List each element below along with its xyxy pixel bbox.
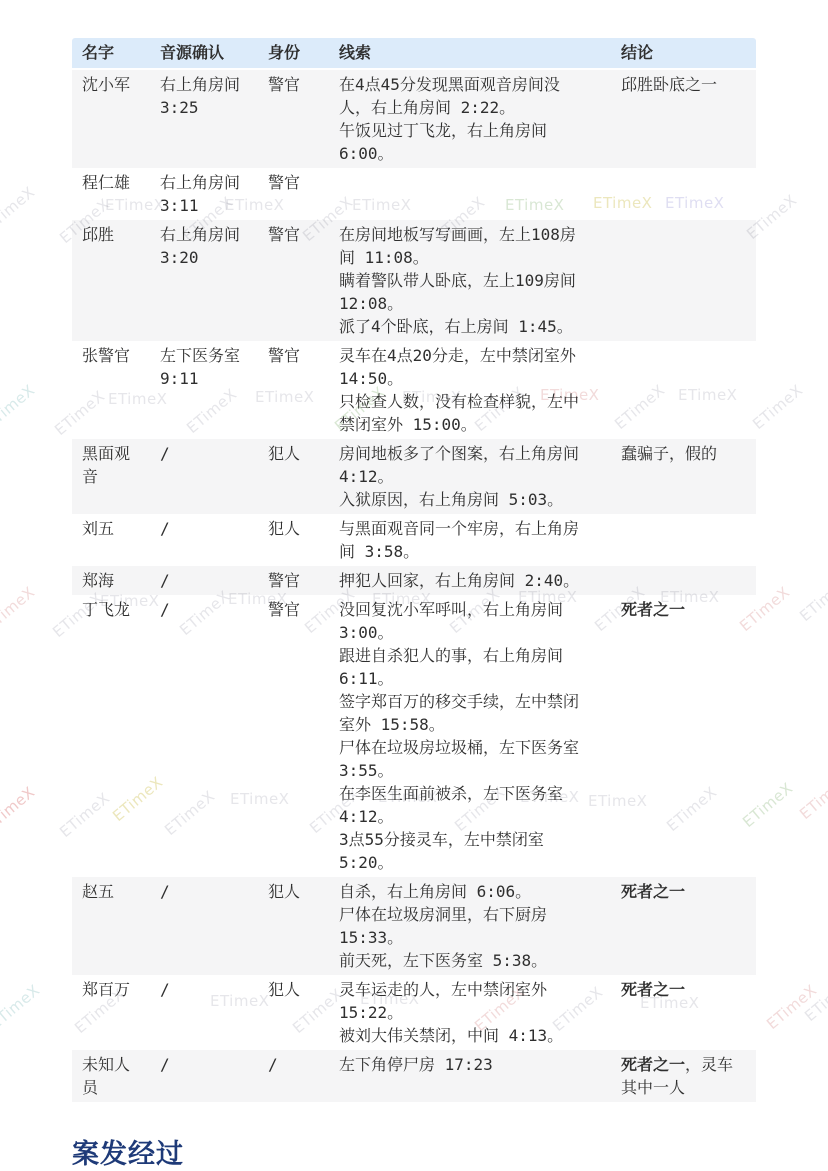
table-row: 张警官 左下医务室 9:11 警官 灵车在4点20分走，左中禁闭室外 14:50…: [72, 341, 756, 439]
cell-audio-source: /: [150, 514, 258, 566]
cell-clues: 房间地板多了个图案，右上角房间 4:12。 入狱原因，右上角房间 5:03。: [329, 439, 611, 514]
cell-clues: 在4点45分发现黑面观音房间没人，右上角房间 2:22。 午饭见过丁飞龙，右上角…: [329, 69, 611, 168]
cell-identity: 警官: [258, 566, 329, 595]
cell-clues: 左下角停尸房 17:23: [329, 1050, 611, 1102]
cell-name: 程仁雄: [72, 168, 150, 220]
cell-audio-source: 左下医务室 9:11: [150, 341, 258, 439]
cell-name: 郑百万: [72, 975, 150, 1050]
table-row: 程仁雄 右上角房间 3:11 警官: [72, 168, 756, 220]
table-row: 丁飞龙 / 警官 没回复沈小军呼叫，右上角房间 3:00。 跟进自杀犯人的事，右…: [72, 595, 756, 877]
table-header-row: 名字 音源确认 身份 线索 结论: [72, 38, 756, 69]
cell-identity: 警官: [258, 341, 329, 439]
cell-clues: 在房间地板写写画画，左上108房间 11:08。 瞒着警队带人卧底，左上109房…: [329, 220, 611, 341]
cell-clues: 灵车在4点20分走，左中禁闭室外 14:50。 只检查人数，没有检查样貌，左中禁…: [329, 341, 611, 439]
cell-audio-source: /: [150, 1050, 258, 1102]
cell-clues: 押犯人回家，右上角房间 2:40。: [329, 566, 611, 595]
section-heading: 案发经过: [72, 1132, 756, 1171]
cell-name: 邱胜: [72, 220, 150, 341]
cell-name: 丁飞龙: [72, 595, 150, 877]
table-row: 郑海 / 警官 押犯人回家，右上角房间 2:40。: [72, 566, 756, 595]
conclusion-bold: 死者之一: [621, 600, 685, 619]
cell-conclusion: 邱胜卧底之一: [611, 69, 756, 168]
conclusion-bold: 死者之一: [621, 980, 685, 999]
cell-audio-source: /: [150, 595, 258, 877]
cell-identity: 警官: [258, 595, 329, 877]
cell-audio-source: /: [150, 439, 258, 514]
col-header-identity: 身份: [258, 38, 329, 69]
col-header-name: 名字: [72, 38, 150, 69]
cell-name: 郑海: [72, 566, 150, 595]
cell-identity: 警官: [258, 69, 329, 168]
col-header-clues: 线索: [329, 38, 611, 69]
cell-identity: 警官: [258, 220, 329, 341]
case-notes-table: 名字 音源确认 身份 线索 结论 沈小军 右上角房间 3:25 警官 在4点45…: [72, 38, 756, 1102]
cell-name: 未知人员: [72, 1050, 150, 1102]
cell-audio-source: 右上角房间 3:20: [150, 220, 258, 341]
conclusion-bold: 死者之一: [621, 882, 685, 901]
cell-conclusion: [611, 220, 756, 341]
cell-audio-source: /: [150, 566, 258, 595]
cell-name: 张警官: [72, 341, 150, 439]
cell-clues: 与黑面观音同一个牢房，右上角房间 3:58。: [329, 514, 611, 566]
cell-audio-source: 右上角房间 3:11: [150, 168, 258, 220]
conclusion-text: 邱胜卧底之一: [621, 75, 717, 94]
cell-identity: 犯人: [258, 439, 329, 514]
cell-conclusion: [611, 566, 756, 595]
col-header-audio-source: 音源确认: [150, 38, 258, 69]
cell-name: 赵五: [72, 877, 150, 975]
col-header-conclusion: 结论: [611, 38, 756, 69]
cell-conclusion: [611, 514, 756, 566]
table-row: 黑面观音 / 犯人 房间地板多了个图案，右上角房间 4:12。 入狱原因，右上角…: [72, 439, 756, 514]
cell-conclusion: 死者之一，灵车其中一人: [611, 1050, 756, 1102]
conclusion-text: 蠢骗子，假的: [621, 444, 717, 463]
table-row: 刘五 / 犯人 与黑面观音同一个牢房，右上角房间 3:58。: [72, 514, 756, 566]
cell-clues: 自杀，右上角房间 6:06。 尸体在垃圾房洞里，右下厨房 15:33。 前天死，…: [329, 877, 611, 975]
cell-identity: /: [258, 1050, 329, 1102]
table-row: 沈小军 右上角房间 3:25 警官 在4点45分发现黑面观音房间没人，右上角房间…: [72, 69, 756, 168]
document-page: 名字 音源确认 身份 线索 结论 沈小军 右上角房间 3:25 警官 在4点45…: [0, 0, 828, 1171]
cell-conclusion: 死者之一: [611, 595, 756, 877]
cell-conclusion: 死者之一: [611, 877, 756, 975]
table-row: 郑百万 / 犯人 灵车运走的人，左中禁闭室外 15:22。 被刘大伟关禁闭，中间…: [72, 975, 756, 1050]
conclusion-bold: 死者之一: [621, 1055, 685, 1074]
cell-conclusion: 死者之一: [611, 975, 756, 1050]
cell-audio-source: /: [150, 877, 258, 975]
table-row: 未知人员 / / 左下角停尸房 17:23 死者之一，灵车其中一人: [72, 1050, 756, 1102]
cell-conclusion: [611, 168, 756, 220]
table-row: 赵五 / 犯人 自杀，右上角房间 6:06。 尸体在垃圾房洞里，右下厨房 15:…: [72, 877, 756, 975]
cell-audio-source: /: [150, 975, 258, 1050]
cell-conclusion: 蠢骗子，假的: [611, 439, 756, 514]
cell-identity: 犯人: [258, 877, 329, 975]
cell-name: 刘五: [72, 514, 150, 566]
cell-conclusion: [611, 341, 756, 439]
cell-name: 沈小军: [72, 69, 150, 168]
cell-name: 黑面观音: [72, 439, 150, 514]
cell-clues: 没回复沈小军呼叫，右上角房间 3:00。 跟进自杀犯人的事，右上角房间 6:11…: [329, 595, 611, 877]
table-row: 邱胜 右上角房间 3:20 警官 在房间地板写写画画，左上108房间 11:08…: [72, 220, 756, 341]
cell-audio-source: 右上角房间 3:25: [150, 69, 258, 168]
cell-clues: 灵车运走的人，左中禁闭室外 15:22。 被刘大伟关禁闭，中间 4:13。: [329, 975, 611, 1050]
cell-clues: [329, 168, 611, 220]
cell-identity: 犯人: [258, 514, 329, 566]
cell-identity: 警官: [258, 168, 329, 220]
cell-identity: 犯人: [258, 975, 329, 1050]
